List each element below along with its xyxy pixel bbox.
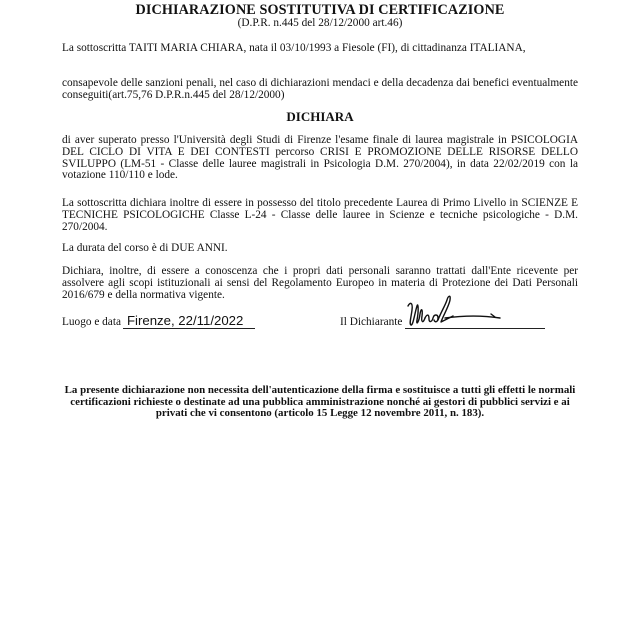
- bachelor-degree-paragraph: La sottoscritta dichiara inoltre di esse…: [62, 198, 578, 233]
- intro-paragraph: La sottoscritta TAITI MARIA CHIARA, nata…: [62, 43, 578, 55]
- signature-icon: [405, 292, 545, 328]
- place-date-label: Luogo e data: [62, 316, 121, 328]
- awareness-paragraph: consapevole delle sanzioni penali, nel c…: [62, 78, 578, 102]
- declaration-heading: DICHIARA: [0, 109, 640, 125]
- document-subtitle: (D.P.R. n.445 del 28/12/2000 art.46): [0, 17, 640, 29]
- master-degree-paragraph: di aver superato presso l'Università deg…: [62, 135, 578, 182]
- duration-paragraph: La durata del corso è di DUE ANNI.: [62, 243, 578, 255]
- legal-footer-note: La presente dichiarazione non necessita …: [62, 385, 578, 420]
- document-page: DICHIARAZIONE SOSTITUTIVA DI CERTIFICAZI…: [0, 0, 640, 640]
- signature-row: Luogo e data Firenze, 22/11/2022 Il Dich…: [62, 307, 578, 331]
- signature-field[interactable]: [405, 304, 545, 329]
- place-date-field[interactable]: Firenze, 22/11/2022: [123, 313, 255, 329]
- declarant-label: Il Dichiarante: [340, 316, 402, 328]
